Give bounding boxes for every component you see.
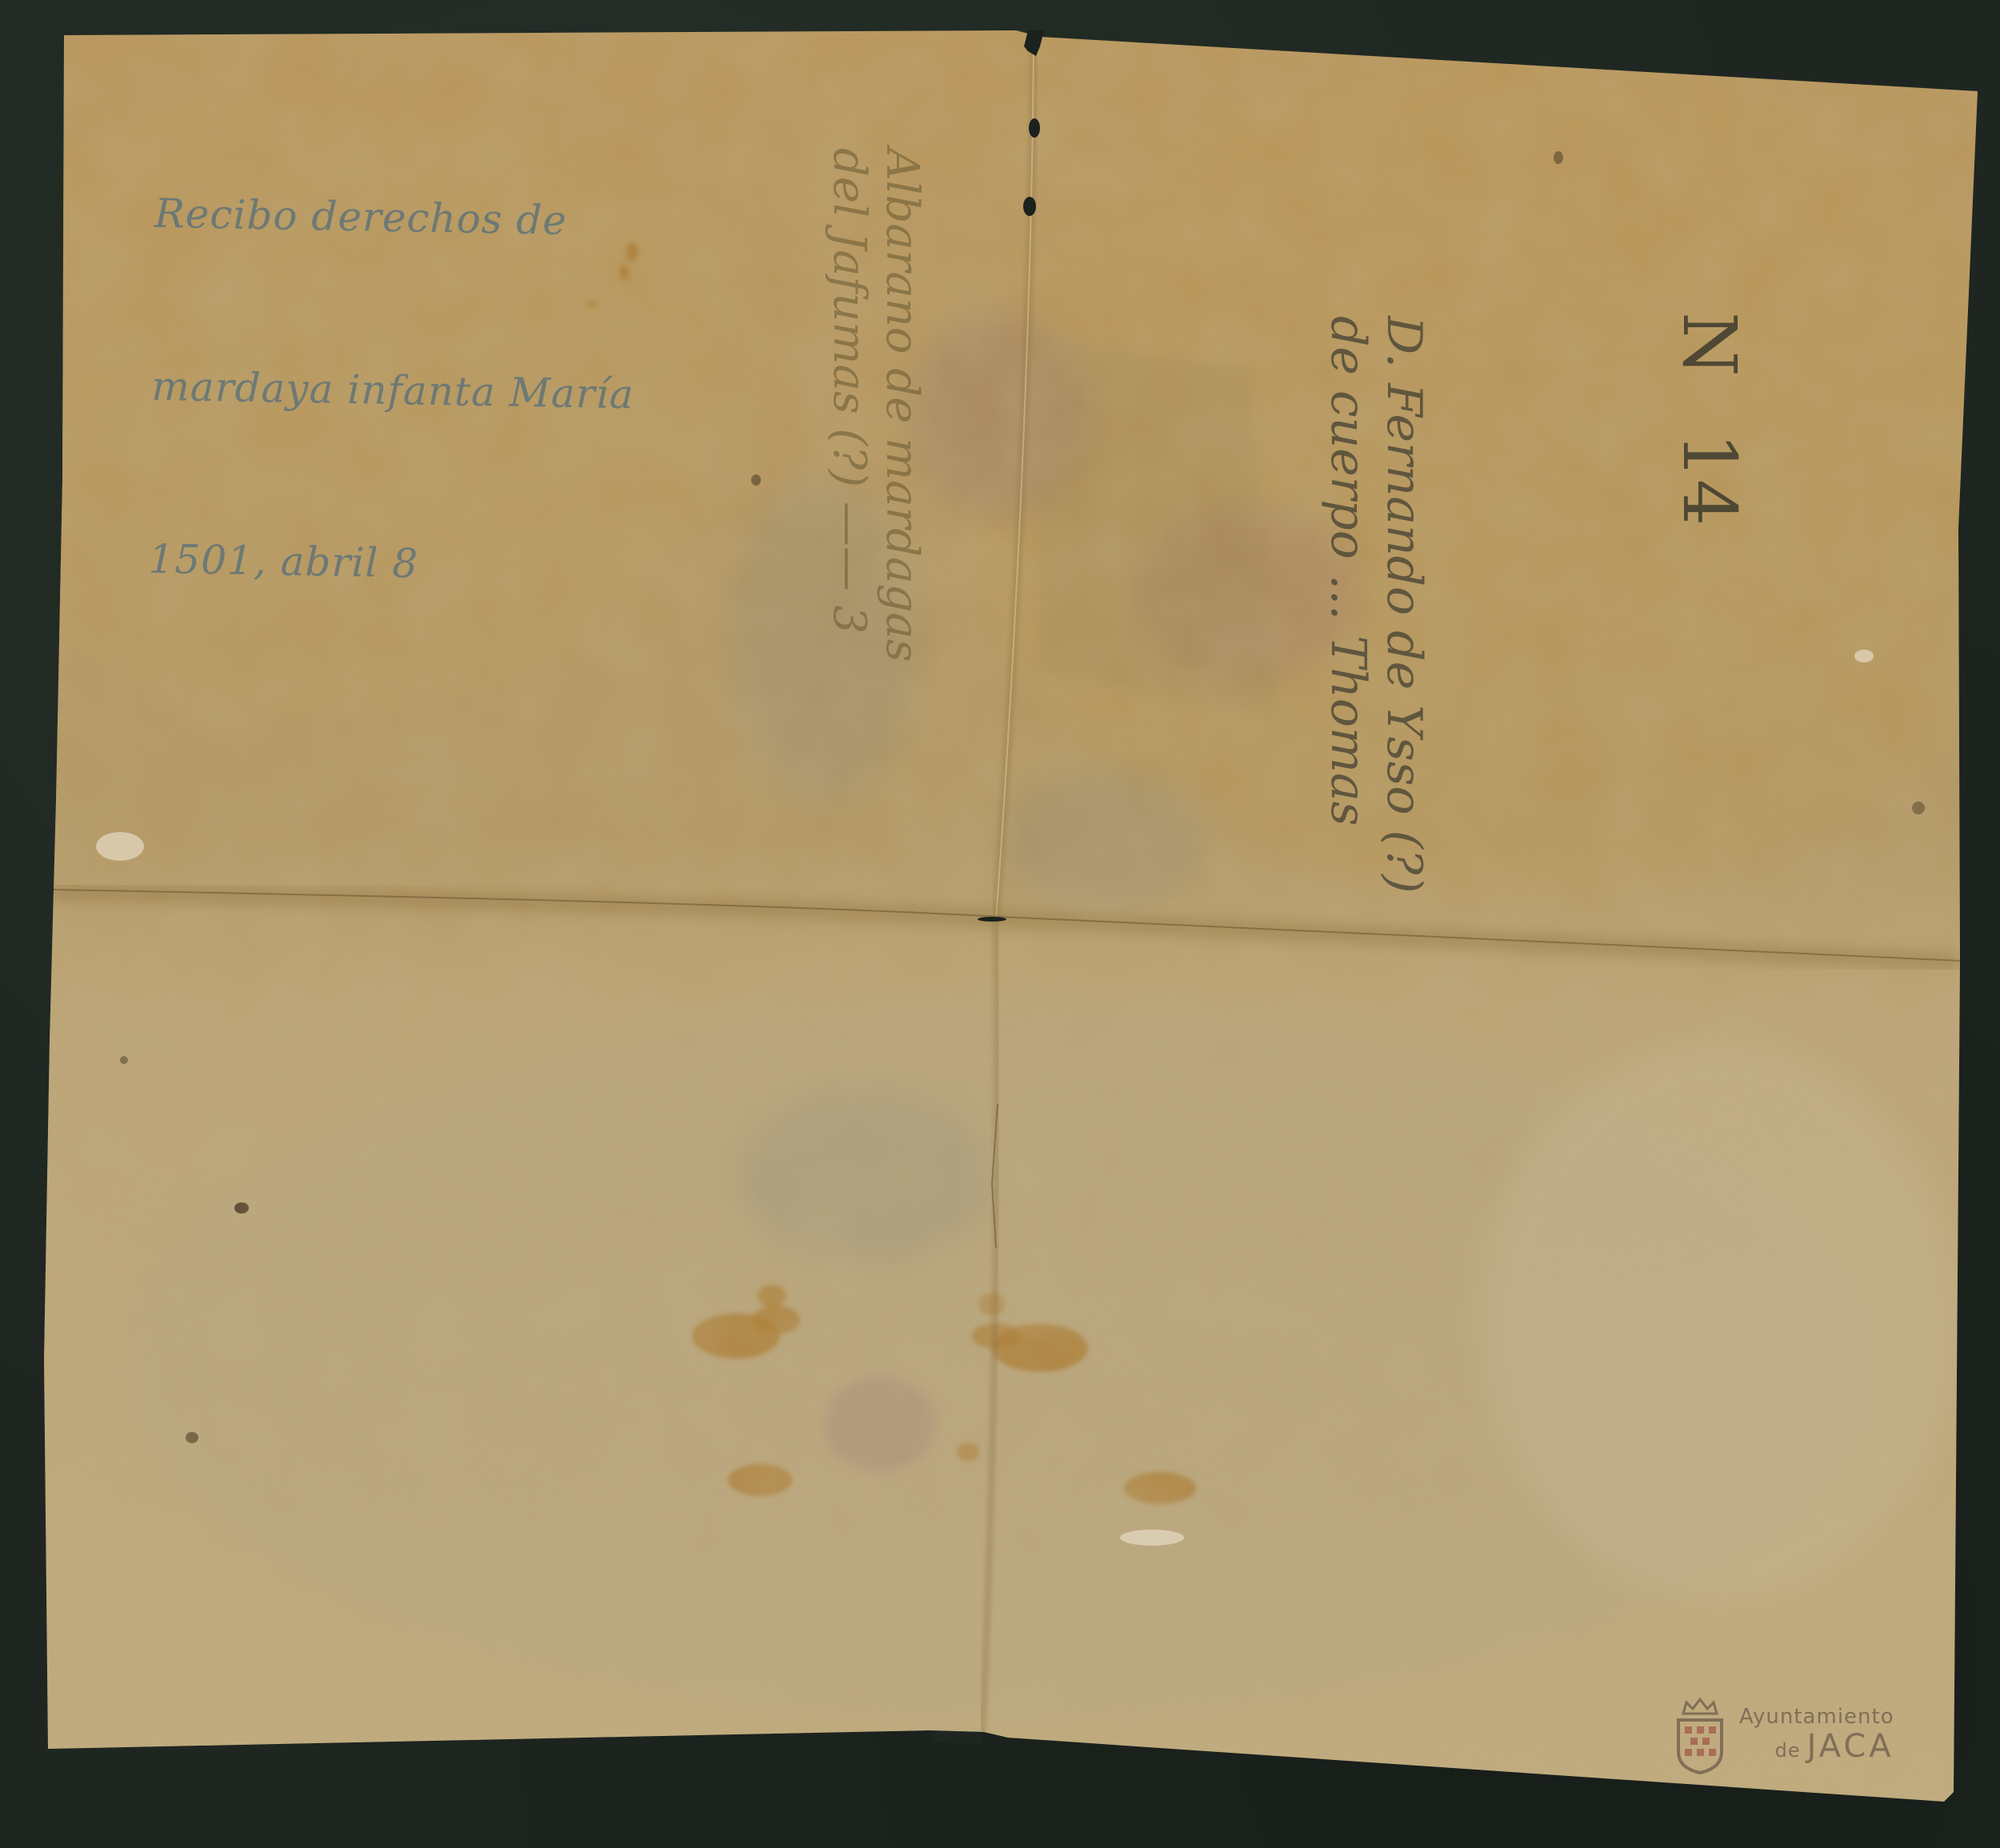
watermark-line-1: Ayuntamiento [1739, 1705, 1894, 1729]
coat-of-arms-icon [1672, 1696, 1728, 1776]
endorsement-right-line-1: D. Fernando de Ysso (?) [1376, 316, 1432, 894]
medieval-endorsement-left: Albarano de mardagas del Jafumas (?) —— … [822, 148, 928, 662]
archive-number-letter: N [1666, 312, 1752, 377]
pencil-catalog-note: Recibo derechos de mardaya infanta María… [147, 70, 640, 654]
archive-number: N14 [1666, 312, 1752, 582]
medieval-endorsement-right: D. Fernando de Ysso (?) de cuerpo ... Th… [1320, 316, 1432, 894]
pencil-note-line-1: Recibo derechos de [154, 185, 638, 251]
archive-number-value: 14 [1666, 433, 1752, 526]
pencil-note-line-3: 1501, abril 8 [148, 530, 631, 597]
endorsement-left-line-1: Albarano de mardagas [875, 148, 928, 662]
pencil-note-line-2: mardaya infanta María [151, 358, 634, 424]
endorsement-left-line-2: del Jafumas (?) —— 3 [822, 148, 875, 662]
watermark-city: JACA [1807, 1728, 1894, 1765]
endorsement-right-line-2: de cuerpo ... Thomas [1320, 316, 1376, 894]
watermark-de: de [1775, 1739, 1801, 1762]
ayuntamiento-watermark: Ayuntamiento deJACA [1672, 1696, 1936, 1776]
